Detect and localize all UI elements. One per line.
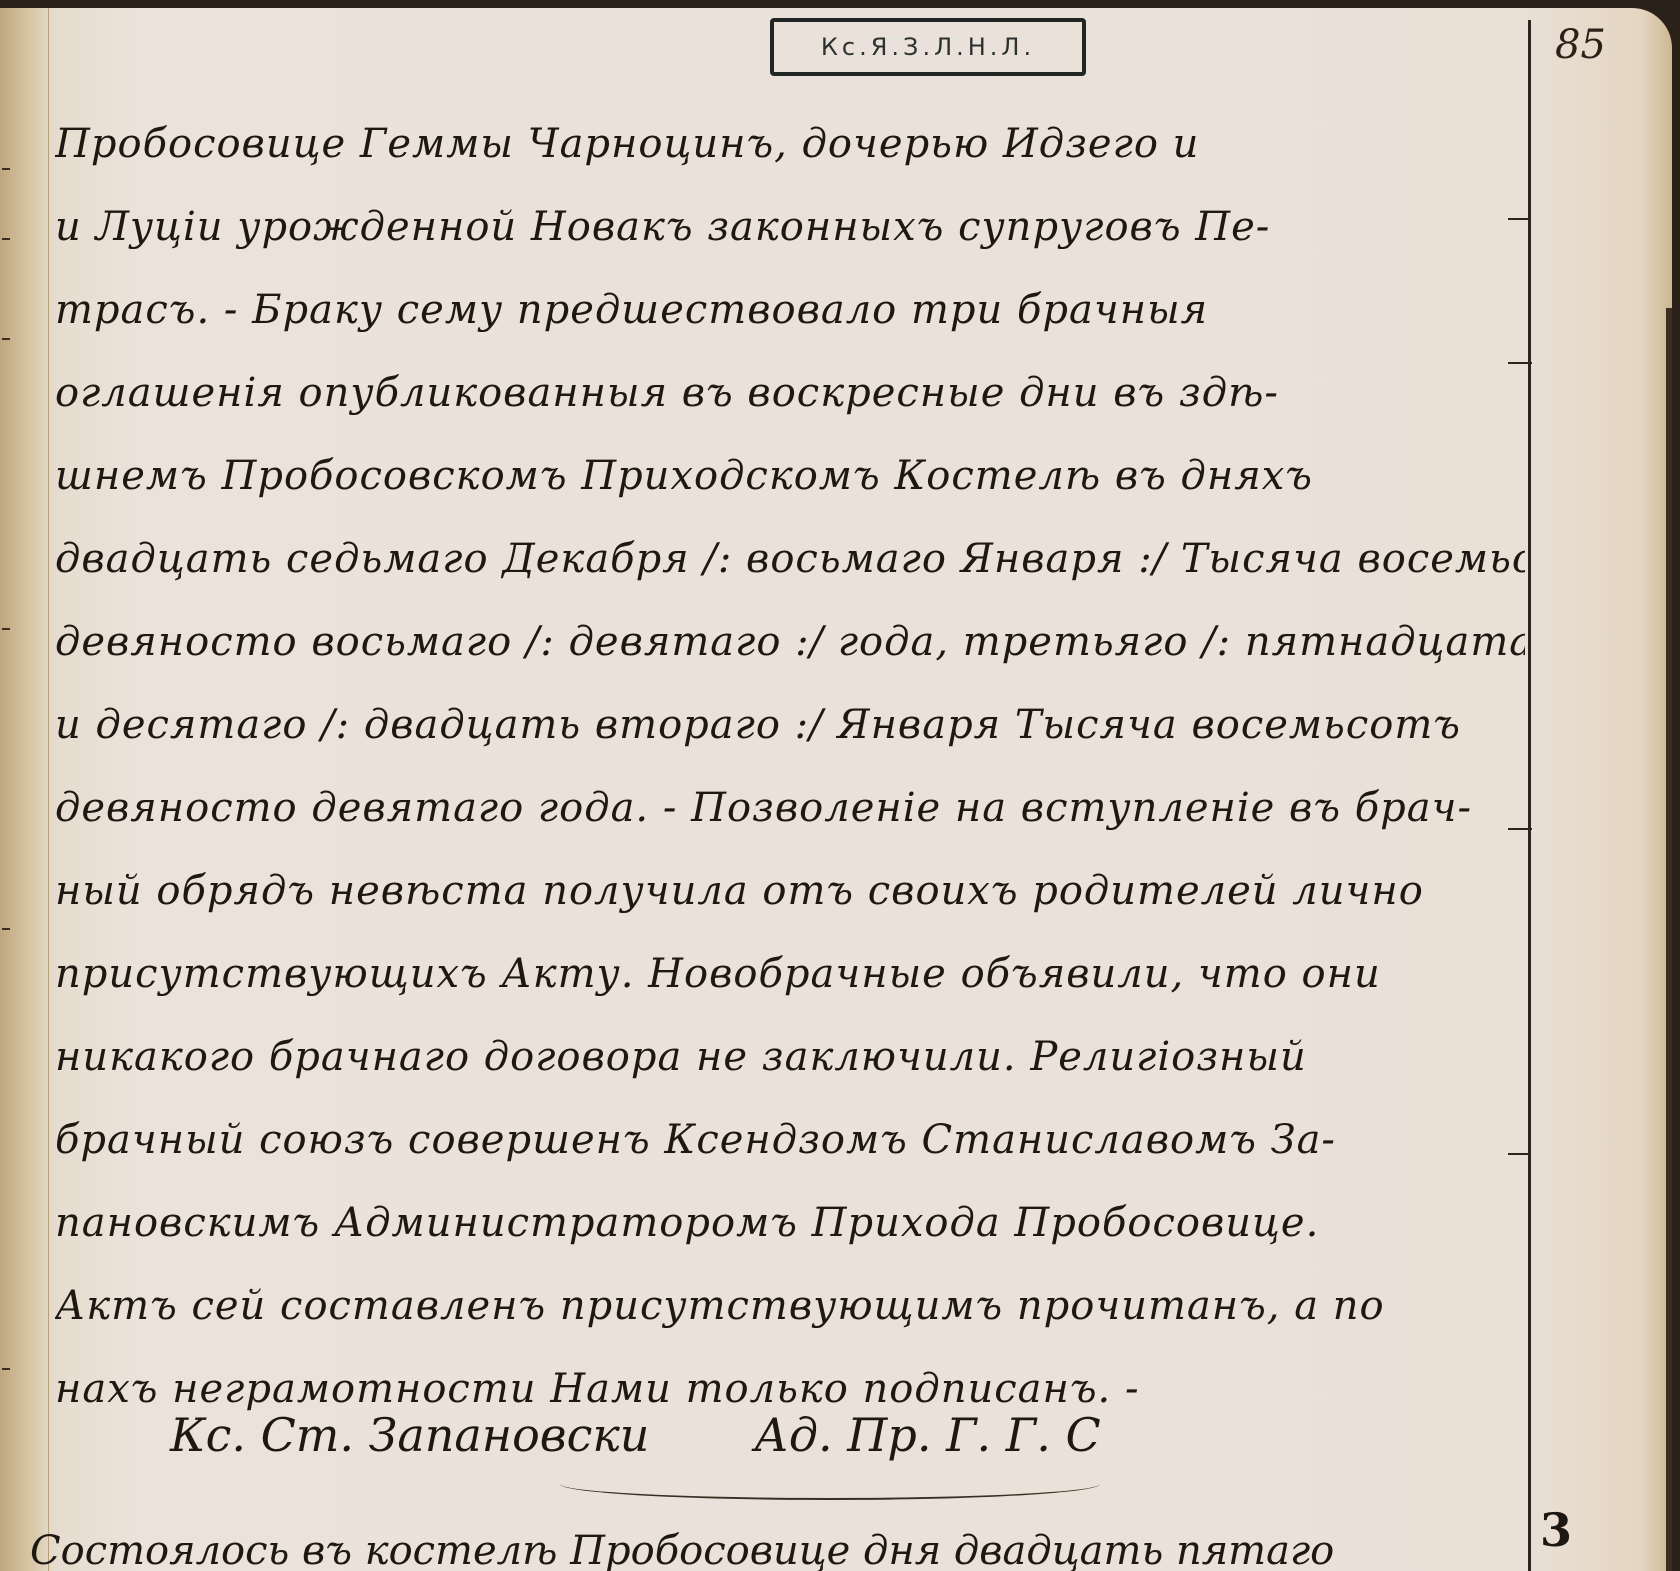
- binding-mark: [2, 168, 10, 170]
- binding-mark: [2, 238, 10, 240]
- registrar-signature: Ад. Пр. Г. Г. С: [754, 1408, 1101, 1462]
- text-line: никакого брачнаго договора не заключили.…: [55, 1016, 1525, 1099]
- text-line: шнемъ Пробосовскомъ Приходскомъ Костелѣ …: [55, 435, 1525, 518]
- binding-mark: [2, 1368, 10, 1370]
- text-line: трасъ. - Браку сему предшествовало три б…: [55, 269, 1525, 352]
- page-number: 85: [1555, 22, 1606, 68]
- book-binding: [0, 8, 49, 1571]
- text-line: Актъ сей составленъ присутствующимъ проч…: [55, 1265, 1525, 1348]
- next-entry-text: Состоялось въ костелѣ Пробосовице дня дв…: [30, 1528, 1334, 1571]
- priest-signature: Кс. Ст. Запановски: [170, 1408, 649, 1462]
- binding-mark: [2, 928, 10, 930]
- text-line: присутствующихъ Акту. Новобрачные объяви…: [55, 933, 1525, 1016]
- archive-stamp: Кс.Я.З.Л.Н.Л.: [770, 18, 1086, 76]
- text-line: и Луціи урожденной Новакъ законныхъ супр…: [55, 186, 1525, 269]
- entry-number: 3: [1540, 1503, 1572, 1557]
- binding-mark: [2, 628, 10, 630]
- page-edge: [1666, 308, 1672, 1571]
- binding-mark: [2, 338, 10, 340]
- signature-flourish: [560, 1468, 1100, 1500]
- text-line: ный обрядъ невѣста получила отъ своихъ р…: [55, 850, 1525, 933]
- text-line: брачный союзъ совершенъ Ксендзомъ Станис…: [55, 1099, 1525, 1182]
- text-line: Пробосовице Геммы Чарноцинъ, дочерью Идз…: [55, 103, 1525, 186]
- text-line: девяносто девятаго года. - Позволеніе на…: [55, 767, 1525, 850]
- text-line: оглашенія опубликованныя въ воскресные д…: [55, 352, 1525, 435]
- text-line: и десятаго /: двадцать втораго :/ Января…: [55, 684, 1525, 767]
- margin-rule: [1528, 20, 1531, 1571]
- marriage-record-text: Пробосовице Геммы Чарноцинъ, дочерью Идз…: [55, 103, 1525, 1431]
- text-line: двадцать седьмаго Декабря /: восьмаго Ян…: [55, 518, 1525, 601]
- text-line: девяносто восьмаго /: девятаго :/ года, …: [55, 601, 1525, 684]
- signatures: Кс. Ст. Запановски Ад. Пр. Г. Г. С: [170, 1408, 1101, 1462]
- text-line: пановскимъ Администраторомъ Прихода Проб…: [55, 1182, 1525, 1265]
- register-page: Кс.Я.З.Л.Н.Л. 85 Пробосовице Геммы Чарно…: [0, 8, 1672, 1571]
